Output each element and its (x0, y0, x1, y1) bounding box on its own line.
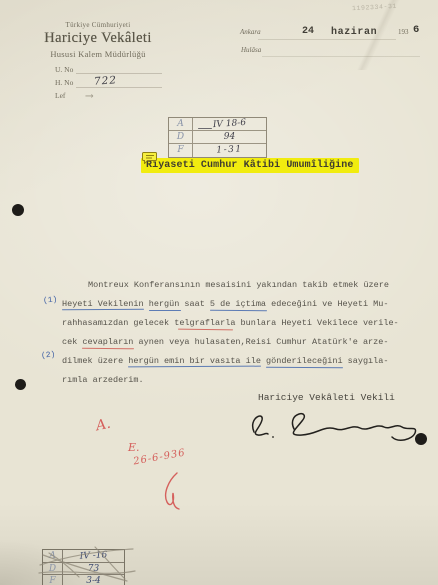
routing-stamp-top: A IV 18-6 D 94 F 1-31 (168, 117, 267, 158)
stamp-row-value: IV 18-6 (193, 115, 267, 132)
date-month: haziran (331, 27, 377, 38)
u-no-label: U. No (55, 65, 73, 74)
stamp-row-label: A (169, 118, 193, 130)
h-no-line (76, 87, 162, 88)
red-date: 26-6-936 (132, 447, 186, 467)
city-label: Ankara (240, 28, 261, 36)
stamp-row-label: D (169, 131, 193, 143)
stamp-row-value: 94 (193, 131, 266, 143)
h-no-label: H. No (55, 78, 73, 87)
letterhead-country: Türkiye Cümhuriyeti (40, 21, 156, 29)
stamp-row-label: F (169, 144, 193, 157)
body-line: Heyeti Vekilenin hergün saat 5 de içtima… (62, 295, 399, 314)
body-line: cek cevapların aynen veya hulasaten,Reis… (62, 333, 399, 352)
body-line: Montreux Konferansının mesaisini yakında… (62, 276, 399, 295)
stamp-row-value: 1-31 (193, 142, 267, 159)
sticky-note-icon[interactable] (142, 151, 158, 164)
signature-handwriting (242, 408, 427, 446)
stamp-row: F 1-31 (169, 144, 266, 157)
date-line-rule (258, 39, 396, 40)
addressee-line: Riyaseti Cumhur Kâtibi Umumîliğine (146, 160, 353, 171)
letterhead-ministry: Hariciye Vekâleti (26, 30, 170, 47)
hulasa-rule (262, 56, 420, 57)
document-page: 1192334-31 Türkiye Cümhuriyeti Hariciye … (0, 0, 438, 585)
red-mark-a: A. (94, 416, 112, 435)
margin-mark-1: (1) (43, 295, 58, 305)
red-initial-flourish (160, 472, 190, 510)
pencil-scribbles (35, 543, 140, 585)
lef-dash-mark: ⟶ (86, 89, 93, 103)
ink-dot (12, 204, 24, 216)
date-day: 24 (302, 26, 314, 37)
stamp-row: A IV 18-6 (169, 118, 266, 131)
h-no-handwritten-value: 722 (94, 74, 118, 88)
letter-body: Montreux Konferansının mesaisini yakında… (62, 276, 399, 390)
body-line: dilmek üzere hergün emin bir vasıta ile … (62, 352, 399, 371)
year-printed: 193 (398, 28, 409, 36)
red-mark-e: E. (128, 441, 140, 454)
signature-title: Hariciye Vekâleti Vekili (258, 392, 395, 403)
margin-mark-2: (2) (41, 350, 56, 360)
body-line: rımla arzederim. (62, 371, 399, 390)
u-no-line (76, 73, 162, 74)
ink-dot (15, 379, 26, 390)
year-typed: 6 (413, 24, 419, 36)
lef-label: Lef (55, 91, 65, 100)
hulasa-label: Hulâsa (241, 46, 261, 54)
letterhead-department: Hususi Kalem Müdürlüğü (30, 49, 166, 59)
